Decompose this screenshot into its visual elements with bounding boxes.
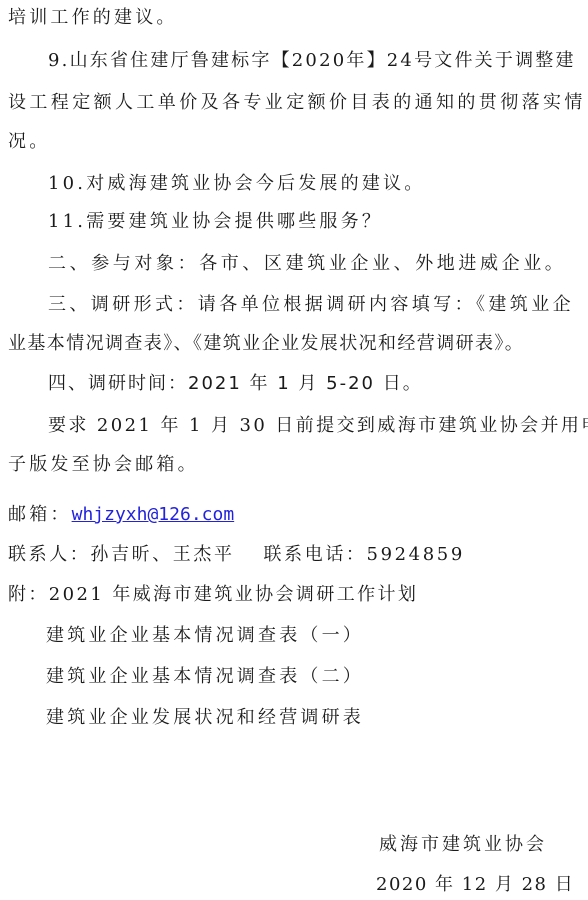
contact-line: 联系人：孙吉昕、王杰平 联系电话：5924859	[8, 543, 465, 567]
signature-date: 2020 年 12 月 28 日	[376, 873, 574, 897]
requirement-continuation: 子版发至协会邮箱。	[8, 453, 199, 477]
signature-organization: 威海市建筑业协会	[379, 833, 547, 857]
email-row: 邮箱：whjzyxh@126.com	[8, 503, 234, 527]
attachments-heading: 附：2021 年威海市建筑业协会调研工作计划	[8, 583, 418, 607]
attachment-item-3: 建筑业企业发展状况和经营调研表	[46, 706, 364, 730]
section-participants: 二、参与对象：各市、区建筑业企业、外地进威企业。	[48, 252, 566, 276]
section-time: 四、调研时间：2021 年 1 月 5-20 日。	[48, 372, 423, 396]
item-9-continuation: 设工程定额人工单价及各专业定额价目表的通知的贯彻落实情	[8, 91, 586, 115]
section-format-continuation: 业基本情况调查表》、《建筑业企业发展状况和经营调研表》。	[8, 332, 524, 356]
paragraph-line: 培训工作的建议。	[8, 6, 178, 30]
email-link[interactable]: whjzyxh@126.com	[72, 504, 235, 525]
attachment-item-1: 建筑业企业基本情况调查表（一）	[46, 624, 364, 648]
requirement-line: 要求 2021 年 1 月 30 日前提交到威海市建筑业协会并用电	[48, 414, 588, 438]
item-9-line: 9.山东省住建厅鲁建标字【2020年】24号文件关于调整建	[48, 49, 576, 73]
email-label: 邮箱：	[8, 504, 72, 525]
item-11: 11.需要建筑业协会提供哪些服务？	[48, 210, 383, 234]
item-9-end: 况。	[8, 130, 50, 154]
attachment-item-2: 建筑业企业基本情况调查表（二）	[46, 665, 364, 689]
section-format: 三、调研形式：请各单位根据调研内容填写：《建筑业企	[48, 293, 574, 317]
item-10: 10.对威海建筑业协会今后发展的建议。	[48, 172, 425, 196]
